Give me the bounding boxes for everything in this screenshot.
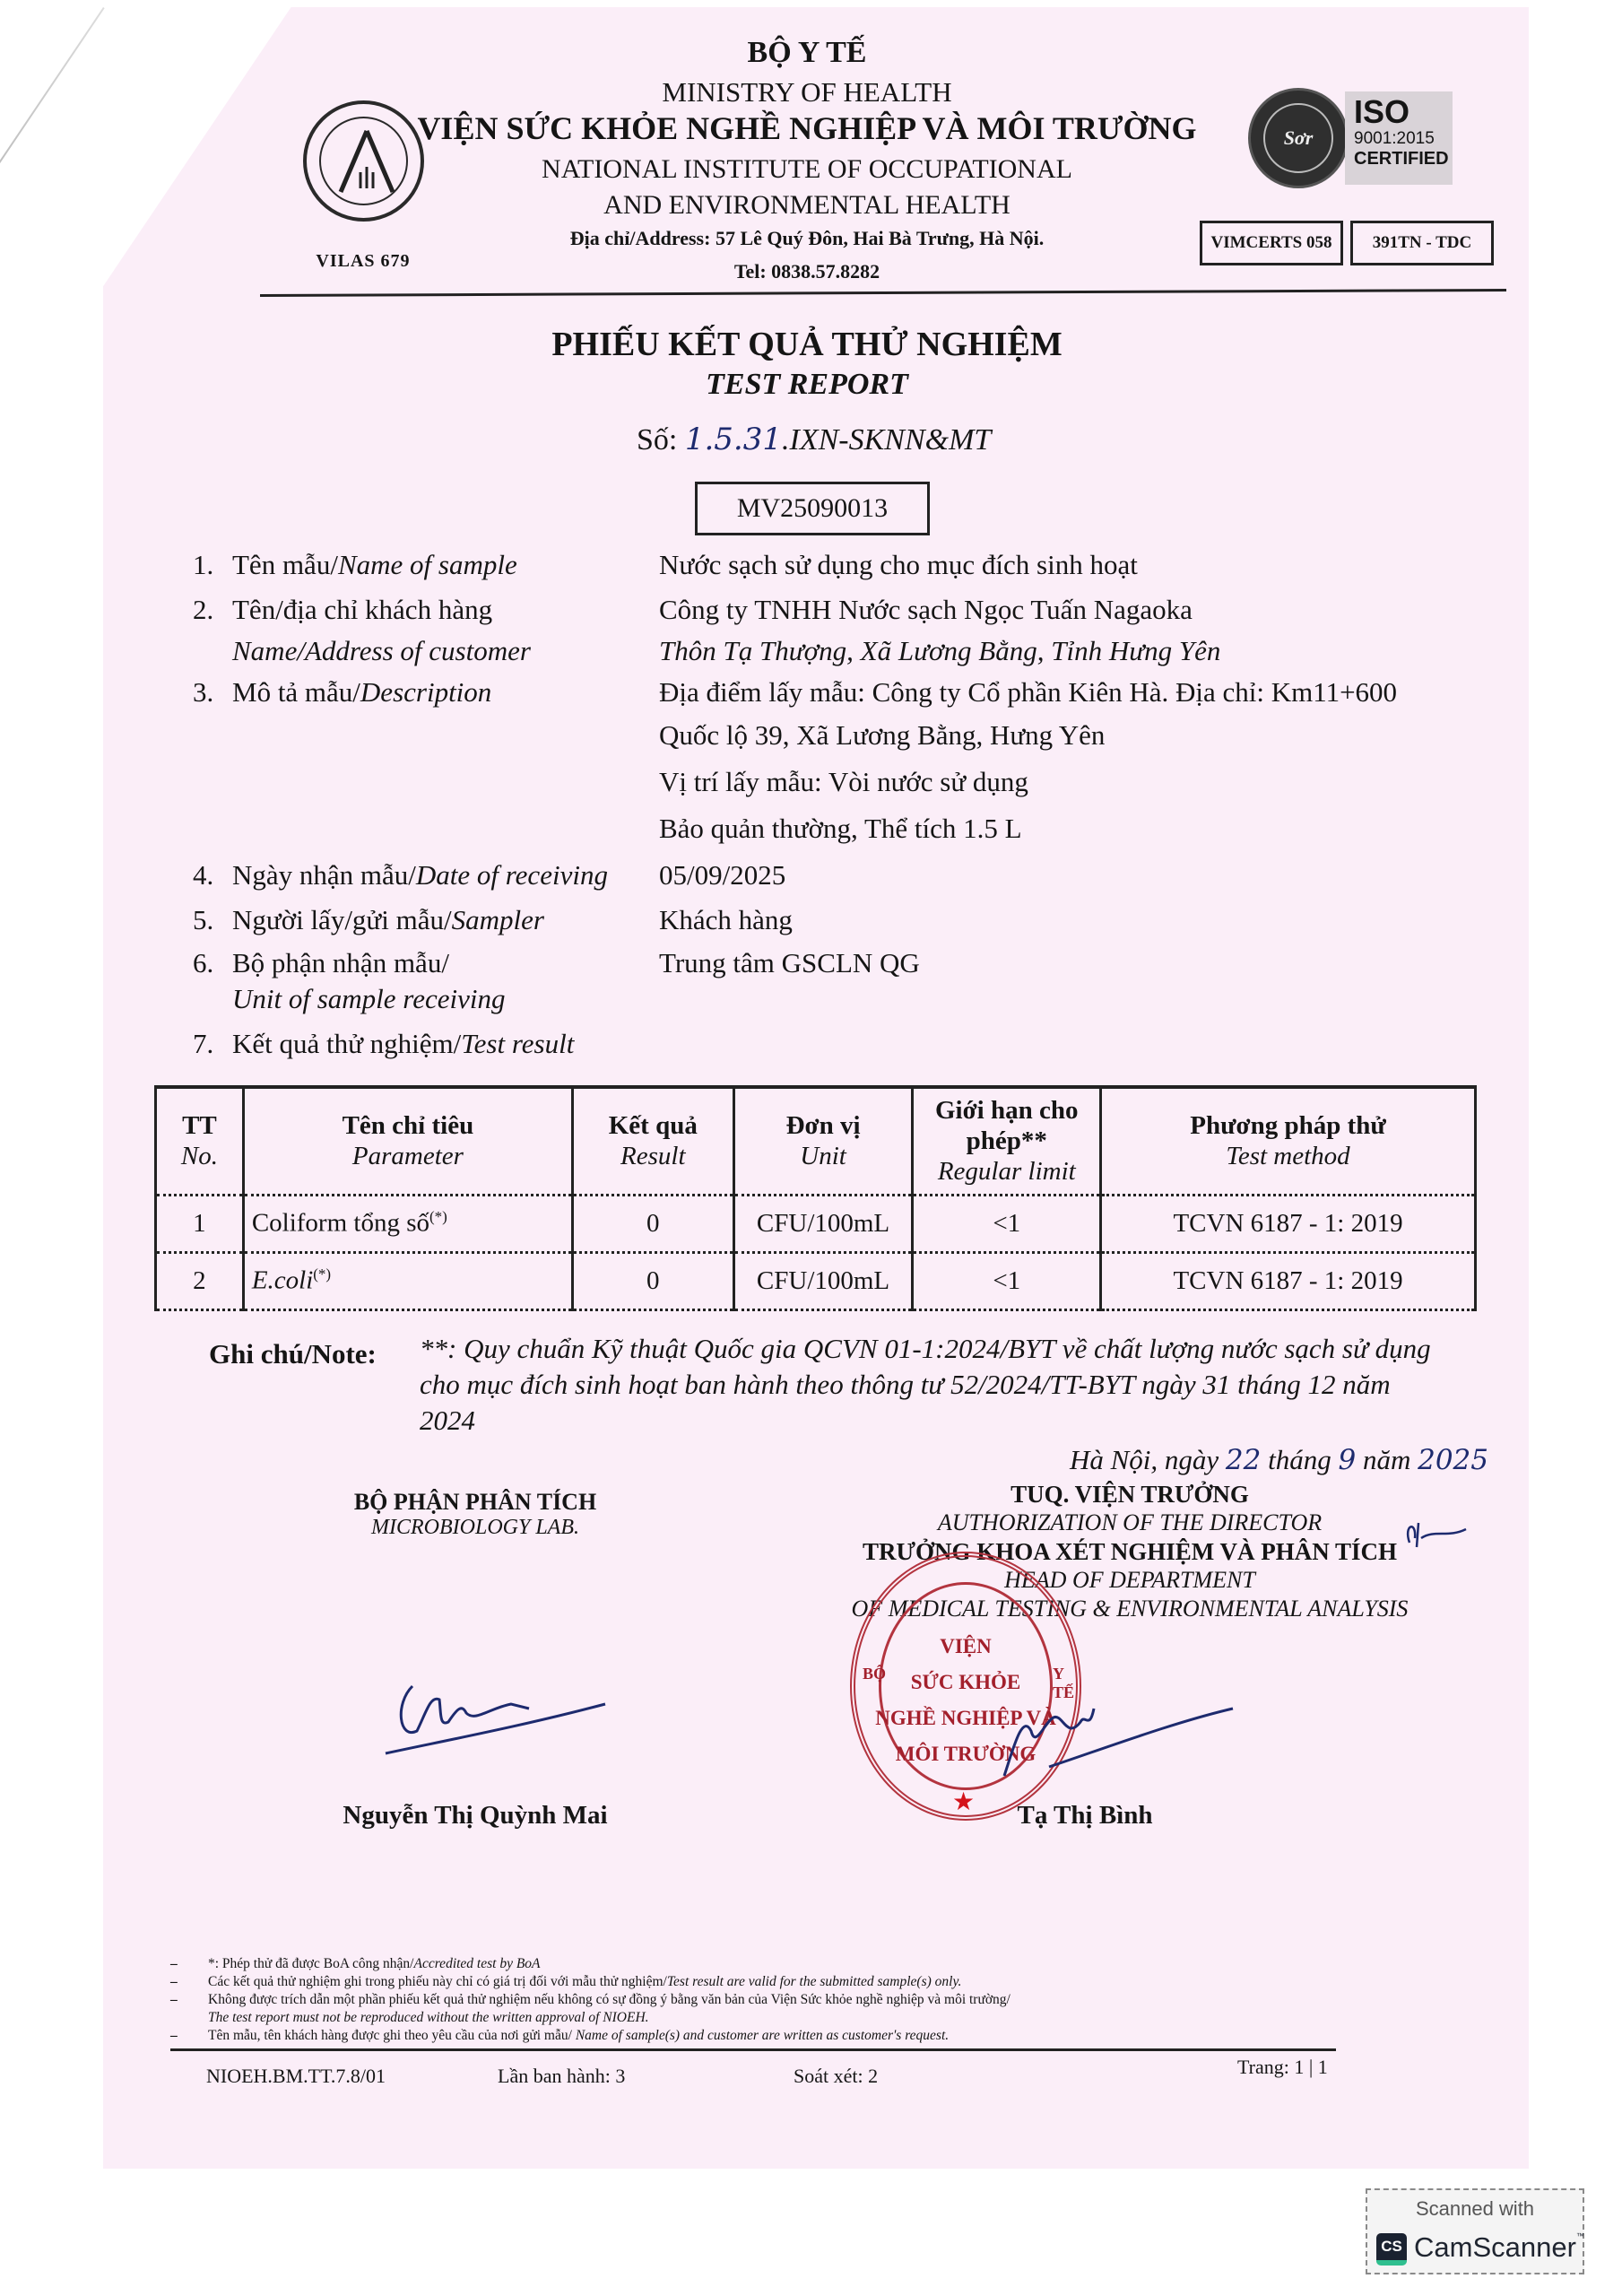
note-text: **: Quy chuẩn Kỹ thuật Quốc gia QCVN 01-… [420, 1331, 1442, 1439]
sample-code-box: MV25090013 [695, 482, 930, 535]
receiving-unit-value: Trung tâm GSCLN QG [659, 947, 1538, 979]
description-line-4: Bảo quản thường, Thể tích 1.5 L [659, 813, 1538, 845]
signing-date: Hà Nội, ngày 22 tháng 9 năm 2025 [950, 1444, 1488, 1476]
footer-divider [170, 2048, 1336, 2051]
revision-number: Soát xét: 2 [794, 2065, 878, 2088]
iso-status: CERTIFIED [1354, 149, 1444, 169]
description-line-2: Quốc lộ 39, Xã Lương Bằng, Hưng Yên [659, 719, 1538, 752]
col-header-no: TTNo. [156, 1087, 244, 1195]
institute-name-en-line2: AND ENVIRONMENTAL HEALTH [466, 190, 1148, 221]
signature-right [995, 1677, 1237, 1794]
initials-mark [1399, 1516, 1470, 1552]
institute-tel: Tel: 0838.57.8282 [466, 260, 1148, 283]
camscanner-logo-icon: CS [1376, 2233, 1407, 2266]
report-title-en: TEST REPORT [448, 368, 1166, 402]
footer-note: –*: Phép thử đã được BoA công nhận/Accre… [170, 1955, 1470, 1973]
test-results-table: TTNo. Tên chỉ tiêuParameter Kết quảResul… [154, 1085, 1477, 1311]
ministry-name-vn: BỘ Y TẾ [538, 36, 1076, 70]
footer-note: –Tên mẫu, tên khách hàng được ghi theo y… [170, 2027, 1470, 2045]
iso-certified-badge: ISO 9001:2015 CERTIFIED [1345, 91, 1453, 185]
col-header-limit: Giới hạn cho phép**Regular limit [913, 1087, 1101, 1195]
sample-name-value: Nước sạch sử dụng cho mục đích sinh hoạt [659, 549, 1538, 581]
footer-note: –Các kết quả thử nghiệm ghi trong phiếu … [170, 1973, 1470, 1991]
star-icon: ★ [952, 1787, 975, 1817]
table-header-row: TTNo. Tên chỉ tiêuParameter Kết quảResul… [156, 1087, 1476, 1195]
form-code: NIOEH.BM.TT.7.8/01 [206, 2065, 386, 2088]
sampler-value: Khách hàng [659, 904, 1538, 936]
lab-signatory-name: Nguyễn Thị Quỳnh Mai [296, 1801, 655, 1831]
institute-address: Địa chỉ/Address: 57 Lê Quý Đôn, Hai Bà T… [466, 227, 1148, 250]
note-label: Ghi chú/Note: [209, 1338, 377, 1370]
ministry-name-en: MINISTRY OF HEALTH [538, 76, 1076, 109]
tn-tdc-code-box: 391TN - TDC [1350, 221, 1494, 265]
col-header-method: Phương pháp thửTest method [1101, 1087, 1476, 1195]
certification-seal-icon: Sơr [1248, 88, 1349, 188]
col-header-unit: Đơn vịUnit [733, 1087, 913, 1195]
page-number: Trang: 1 | 1 [1237, 2056, 1328, 2079]
report-title-vn: PHIẾU KẾT QUẢ THỬ NGHIỆM [448, 325, 1166, 364]
iso-title: ISO [1354, 95, 1444, 129]
footer-notes: –*: Phép thử đã được BoA công nhận/Accre… [170, 1955, 1470, 2045]
footer-note-en: The test report must not be reproduced w… [170, 2009, 1470, 2027]
customer-name-value: Công ty TNHH Nước sạch Ngọc Tuấn Nagaoka [659, 594, 1538, 626]
footer-note: –Không được trích dẫn một phần phiếu kết… [170, 1991, 1470, 2009]
vilas-code: VILAS 679 [305, 251, 421, 272]
institute-name-vn: VIỆN SỨC KHỎE NGHỀ NGHIỆP VÀ MÔI TRƯỜNG [395, 109, 1219, 147]
col-header-result: Kết quảResult [572, 1087, 733, 1195]
col-header-parameter: Tên chỉ tiêuParameter [243, 1087, 572, 1195]
iso-standard: 9001:2015 [1354, 129, 1444, 149]
camscanner-watermark: Scanned with CS CamScanner™ [1366, 2188, 1584, 2274]
lab-signatory-title: BỘ PHẬN PHÂN TÍCH MICROBIOLOGY LAB. [296, 1489, 655, 1540]
issue-number: Lần ban hành: 3 [498, 2065, 625, 2088]
director-signatory-name: Tạ Thị Bình [986, 1801, 1184, 1831]
table-row: 1 Coliform tổng số(*) 0 CFU/100mL <1 TCV… [156, 1195, 1476, 1252]
customer-address-value: Thôn Tạ Thượng, Xã Lương Bằng, Tỉnh Hưng… [659, 635, 1538, 667]
vimcerts-code-box: VIMCERTS 058 [1200, 221, 1343, 265]
report-number-handwritten: 1.5.31 [685, 422, 782, 457]
description-line-3: Vị trí lấy mẫu: Vòi nước sử dụng [659, 766, 1538, 798]
page-fold-corner [0, 0, 296, 439]
report-number: Số: 1.5.31.IXN-SKNN&MT [637, 422, 1085, 457]
signature-left [377, 1659, 610, 1767]
date-received-value: 05/09/2025 [659, 859, 1538, 891]
table-row: 2 E.coli(*) 0 CFU/100mL <1 TCVN 6187 - 1… [156, 1252, 1476, 1309]
description-line-1: Địa điểm lấy mẫu: Công ty Cổ phần Kiên H… [659, 676, 1538, 709]
institute-name-en-line1: NATIONAL INSTITUTE OF OCCUPATIONAL [466, 154, 1148, 185]
